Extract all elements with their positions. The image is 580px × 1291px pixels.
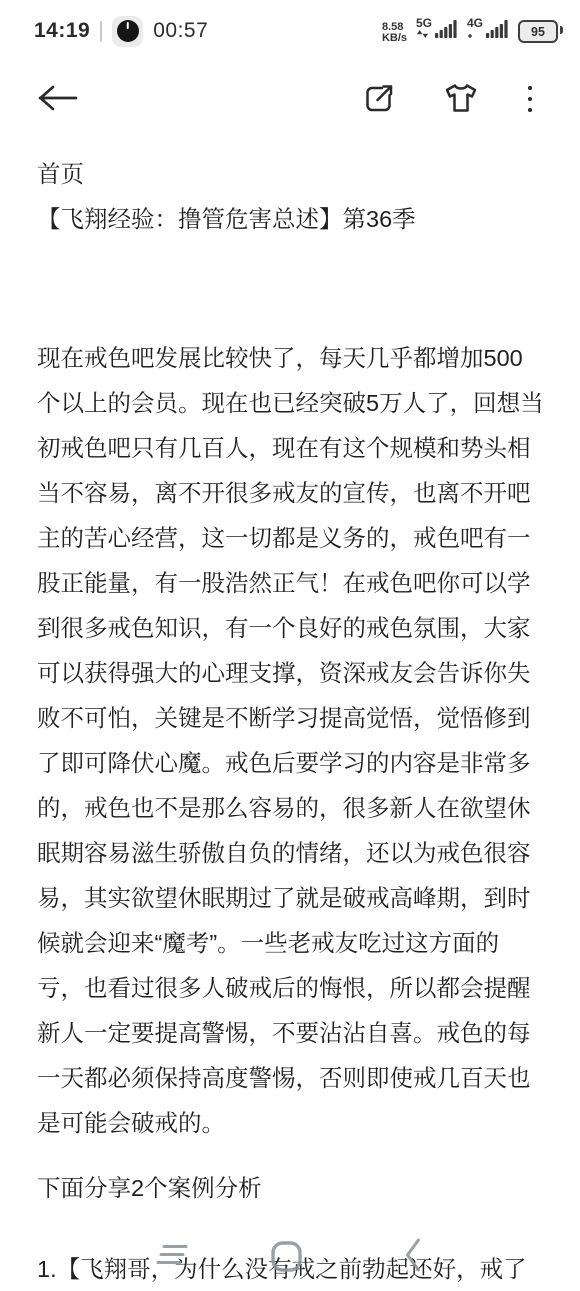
recents-icon (155, 1252, 189, 1269)
status-separator (100, 21, 102, 42)
more-menu-icon (528, 86, 533, 91)
signal-sim1: 5G (416, 17, 458, 45)
clock-time: 14:19 (34, 19, 90, 43)
sim2-dot (468, 25, 472, 43)
timer-icon (117, 20, 139, 42)
back-button[interactable] (36, 83, 78, 116)
skin-button[interactable] (442, 83, 480, 116)
toolbar (0, 56, 580, 142)
share-button[interactable] (363, 81, 396, 117)
timer-value: 00:57 (153, 19, 208, 43)
section-heading: 下面分享2个案例分析 (37, 1166, 543, 1211)
more-menu-button[interactable] (526, 84, 535, 115)
signal-bars-icon (435, 20, 458, 43)
tshirt-icon (442, 83, 480, 116)
article-body: 现在戒色吧发展比较快了，每天几乎都增加500 个以上的会员。现在也已经突破5万人… (37, 336, 543, 1146)
recents-nav-button[interactable] (155, 1244, 189, 1270)
signal-bars-icon (486, 20, 509, 43)
battery-percent: 95 (531, 25, 545, 39)
home-nav-button[interactable] (271, 1241, 302, 1277)
breadcrumb: 首页 (37, 152, 543, 197)
status-bar: 14:19 00:57 8.58 KB/s 5G (0, 0, 580, 56)
network-speed-value: 8.58 (382, 22, 407, 33)
data-activity-arrows-icon (417, 25, 428, 43)
back-icon (404, 1260, 421, 1277)
screen-timer-chip[interactable] (112, 16, 143, 47)
network-speed-unit: KB/s (382, 33, 407, 44)
network-speed: 8.58 KB/s (382, 22, 407, 45)
back-nav-button[interactable] (404, 1237, 421, 1278)
signal-sim2: 4G (467, 17, 509, 45)
home-icon (271, 1259, 302, 1276)
back-arrow-icon (36, 83, 78, 116)
share-icon (363, 81, 396, 117)
battery-icon: 95 (518, 20, 558, 43)
article-content: 首页 【飞翔经验：撸管危害总述】第36季 现在戒色吧发展比较快了，每天几乎都增加… (0, 152, 580, 1291)
page-title: 【飞翔经验：撸管危害总述】第36季 (37, 197, 543, 242)
